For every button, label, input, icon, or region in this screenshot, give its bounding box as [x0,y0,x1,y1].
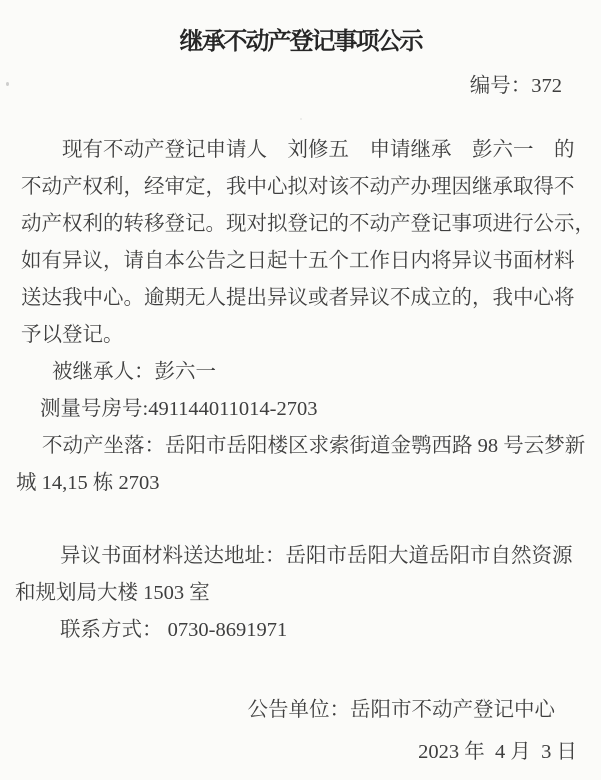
notice-title: 继承不动产登记事项公示 [0,0,601,60]
body-line-3: 动产权利的转移登记。现对拟登记的不动产登记事项进行公示， [0,206,601,243]
decedent-line: 被继承人：彭六一 [0,354,601,391]
issuing-unit-line: 公告单位：岳阳市不动产登记中心 [0,689,601,731]
serial-number: 编号：372 [0,74,601,98]
property-location-line-2: 城 14,15 栋 2703 [0,465,601,502]
survey-number-line: 测量号房号:491144011014-2703 [0,391,601,428]
body-line-2: 不动产权利，经审定，我中心拟对该不动产办理因继承取得不 [0,169,601,206]
objection-section: 异议书面材料送达地址：岳阳市岳阳大道岳阳市自然资源 和规划局大楼 1503 室 … [0,538,601,649]
property-location-line-1: 不动产坐落：岳阳市岳阳楼区求索街道金鹗西路 98 号云梦新 [0,428,601,465]
scan-speckle-icon [300,118,302,120]
objection-address-line-2: 和规划局大楼 1503 室 [0,575,601,612]
objection-address-line-1: 异议书面材料送达地址：岳阳市岳阳大道岳阳市自然资源 [0,538,601,575]
inheritance-notice-document: 继承不动产登记事项公示 编号：372 现有不动产登记申请人 刘修五 申请继承 彭… [0,0,601,780]
notice-body: 现有不动产登记申请人 刘修五 申请继承 彭六一 的 不动产权利，经审定，我中心拟… [0,132,601,502]
body-line-4: 如有异议，请自本公告之日起十五个工作日内将异议书面材料 [0,243,601,280]
scan-speckle-icon [6,82,9,86]
issue-date-line: 2023 年 4 月 3 日 [0,731,601,773]
contact-line: 联系方式： 0730-8691971 [0,612,601,649]
body-line-5: 送达我中心。逾期无人提出异议或者异议不成立的，我中心将 [0,280,601,317]
body-line-6: 予以登记。 [0,317,601,354]
scan-speckle-icon [276,36,278,38]
notice-footer: 公告单位：岳阳市不动产登记中心 2023 年 4 月 3 日 [0,689,601,773]
body-line-1: 现有不动产登记申请人 刘修五 申请继承 彭六一 的 [0,132,601,169]
